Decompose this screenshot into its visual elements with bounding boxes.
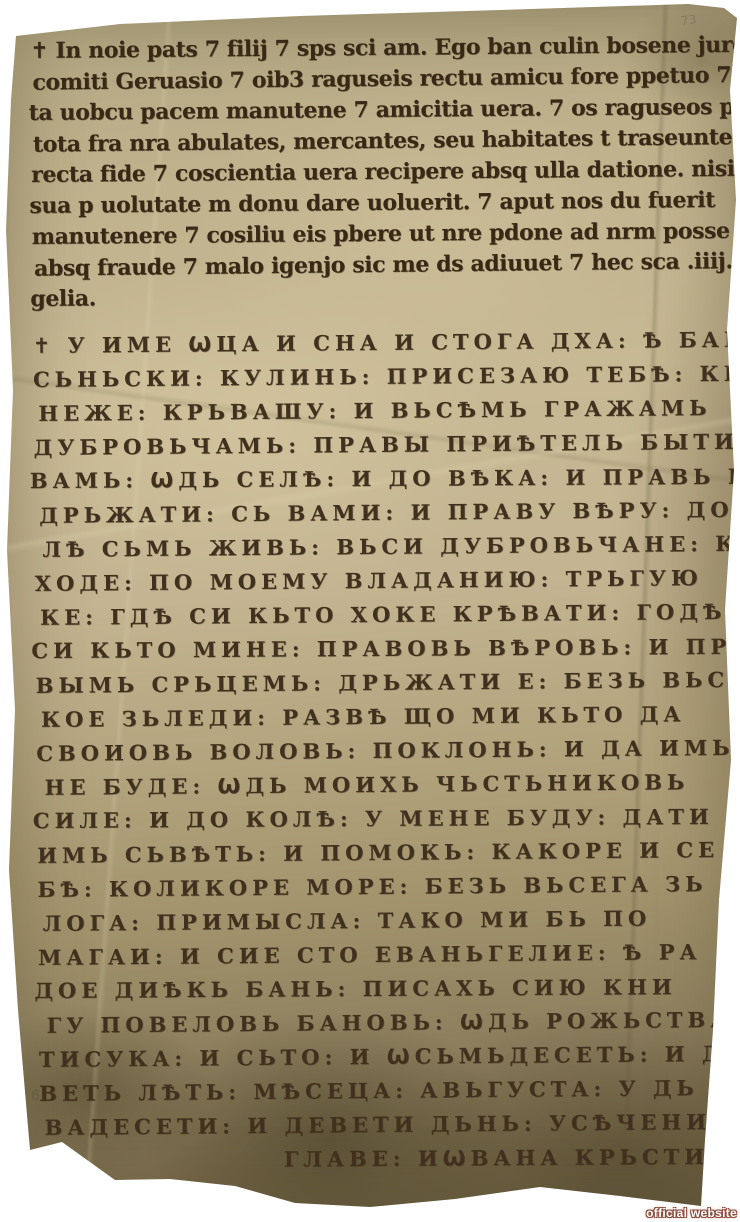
manuscript-line: СИ КЬТО МИНЕ: ПРАВОВЬ ВѢРОВЬ: И ПРА (31, 630, 717, 668)
manuscript-line: gelia. (30, 278, 716, 315)
manuscript-line: ВАДЕСЕТИ: И ДЕВЕТИ ДЬНЬ: УСѢЧЕНИЕ (44, 1105, 730, 1145)
latin-text-block: ✝ In noie pats 7 filij 7 sps sci am. Ego… (30, 30, 718, 315)
manuscript-line: ВАМЬ: ѠДЬ СЕЛѢ: И ДО ВѢКА: И ПРАВЬ ГОИ (30, 460, 716, 498)
manuscript-line: НЕЖЕ: КРЬВАШУ: И ВЬСѢМЬ ГРАЖАМЬ (38, 391, 724, 431)
manuscript-line: КЕ: ГДѢ СИ КЬТО ХОКЕ КРѢВАТИ: ГОДѢ (40, 595, 726, 635)
manuscript-line: ГУ ПОВЕЛОВЬ БАНОВЬ: ѠДЬ РОЖЬСТВА ХВА (46, 1003, 732, 1043)
manuscript-text: ✝ In noie pats 7 filij 7 sps sci am. Ego… (30, 30, 726, 1179)
archive-number-top-right: 73 (680, 12, 697, 28)
manuscript-line: ГЛАВЕ: ИѠВАНА КРЬСТИТЕЛА (36, 1140, 722, 1178)
manuscript-line: МАГАИ: И СИЕ СТО ЕВАНЬГЕЛИЕ: Ѣ РА (38, 935, 724, 975)
manuscript-line: ДУБРОВЬЧАМЬ: ПРАВЫ ПРИѢТЕЛЬ БЫТИ (33, 425, 719, 465)
manuscript-line: КОЕ ЗЬЛЕДИ: РАЗВѢ ЩО МИ КЬТО ДА (41, 697, 727, 737)
manuscript-photo: 73 6 ✝ In noie pats 7 filij 7 sps sci am… (0, 0, 740, 1222)
manuscript-line: ДОЕ ДИѢКЬ БАНЬ: ПИСАХЬ СИЮ КНИ (34, 970, 720, 1008)
cyrillic-text-block: ✝ У ИМЕ ѠЦА И СНА И СТОГА ДХА: Ѣ БАНЬ БО… (33, 323, 726, 1179)
manuscript-line: sua p uolutate m donu dare uoluerit. 7 a… (29, 185, 715, 222)
watermark-label: official website (646, 1206, 737, 1220)
manuscript-line: ЛѢ СЬМЬ ЖИВЬ: ВЬСИ ДУБРОВЬЧАНЕ: КИРЕ (42, 527, 728, 567)
archive-number-bottom-left: 6 (31, 1088, 40, 1104)
manuscript-line: НЕ БУДЕ: ѠДЬ МОИХЬ ЧЬСТЬНИКОВЬ (44, 765, 730, 805)
manuscript-line: ЛОГА: ПРИМЫСЛА: ТАКО МИ БЬ ПО (43, 901, 729, 941)
parchment-sheet: 73 6 ✝ In noie pats 7 filij 7 sps sci am… (0, 0, 740, 1222)
manuscript-line: СИЛЕ: И ДО КОЛѢ: У МЕНЕ БУДУ: ДАТИ (33, 800, 719, 838)
